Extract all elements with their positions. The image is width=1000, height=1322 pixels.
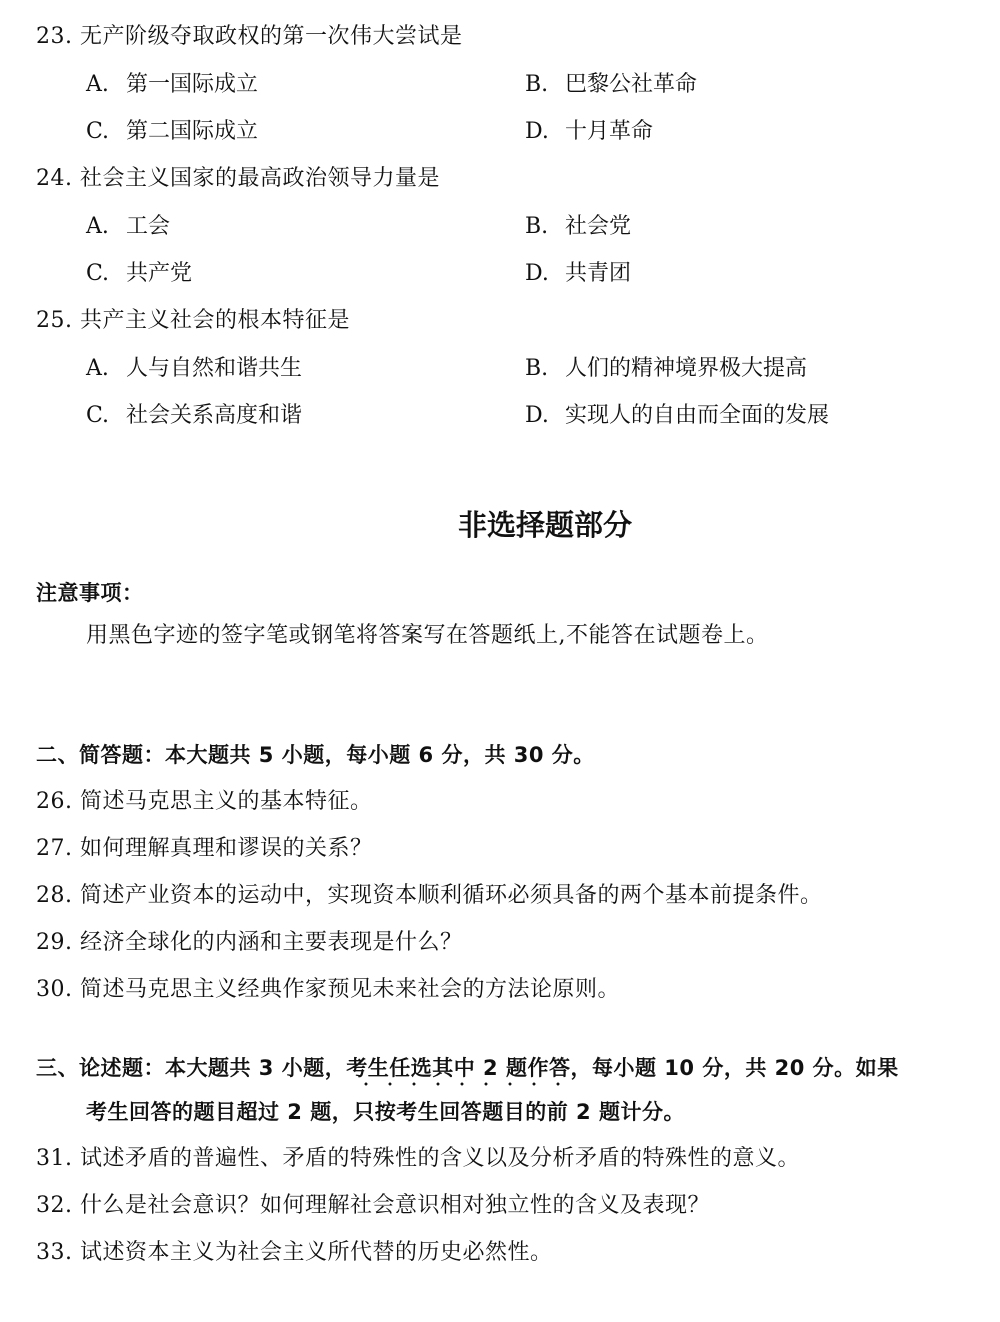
option-a: A.人与自然和谐共生 xyxy=(86,354,302,384)
part-title: 非选择题部分 xyxy=(0,505,1000,545)
option-text: 工会 xyxy=(126,214,170,239)
option-b: B.社会党 xyxy=(525,212,631,242)
option-text: 第一国际成立 xyxy=(126,72,258,97)
option-label: A. xyxy=(86,212,126,242)
section2-heading: 二、简答题：本大题共 5 小题，每小题 6 分，共 30 分。 xyxy=(36,740,595,770)
option-text: 共产党 xyxy=(126,261,192,286)
notice-heading: 注意事项： xyxy=(36,578,144,608)
question-number: 26. xyxy=(36,787,73,817)
question-number: 25. xyxy=(36,306,73,336)
option-d: D.十月革命 xyxy=(525,117,653,147)
option-c: C.第二国际成立 xyxy=(86,117,258,147)
question-number: 27. xyxy=(36,834,73,864)
option-text: 巴黎公社革命 xyxy=(565,72,697,97)
section3-heading-part2: ，每小题 10 分，共 20 分。如果 xyxy=(570,1056,898,1080)
option-label: C. xyxy=(86,259,126,289)
section3-heading-line2: 考生回答的题目超过 2 题，只按考生回答题目的前 2 题计分。 xyxy=(86,1097,685,1127)
option-text: 第二国际成立 xyxy=(126,119,258,144)
question-number: 28. xyxy=(36,881,73,911)
question-24-stem: 24. 社会主义国家的最高政治领导力量是 xyxy=(36,164,440,194)
question-text: 简述产业资本的运动中，实现资本顺利循环必须具备的两个基本前提条件。 xyxy=(80,883,823,908)
option-label: A. xyxy=(86,354,126,384)
option-text: 人们的精神境界极大提高 xyxy=(565,356,807,381)
question-32: 32. 什么是社会意识？如何理解社会意识相对独立性的含义及表现？ xyxy=(36,1191,710,1221)
option-label: B. xyxy=(525,70,565,100)
option-a: A.第一国际成立 xyxy=(86,70,258,100)
option-text: 实现人的自由而全面的发展 xyxy=(565,403,829,428)
section3-heading-part1: 三、论述题：本大题共 3 小题， xyxy=(36,1056,346,1080)
option-c: C.共产党 xyxy=(86,259,192,289)
question-26: 26. 简述马克思主义的基本特征。 xyxy=(36,787,373,817)
option-label: D. xyxy=(525,117,565,147)
option-text: 人与自然和谐共生 xyxy=(126,356,302,381)
section3-heading: 三、论述题：本大题共 3 小题，考生任选其中 2 题作答，每小题 10 分，共 … xyxy=(36,1053,899,1083)
option-text: 十月革命 xyxy=(565,119,653,144)
question-text: 简述马克思主义的基本特征。 xyxy=(80,789,373,814)
option-label: B. xyxy=(525,354,565,384)
option-c: C.社会关系高度和谐 xyxy=(86,401,302,431)
option-text: 社会关系高度和谐 xyxy=(126,403,302,428)
question-29: 29. 经济全球化的内涵和主要表现是什么？ xyxy=(36,928,463,958)
notice-text: 用黑色字迹的签字笔或钢笔将答案写在答题纸上,不能答在试题卷上。 xyxy=(86,621,769,651)
option-label: B. xyxy=(525,212,565,242)
option-label: A. xyxy=(86,70,126,100)
option-label: C. xyxy=(86,117,126,147)
question-number: 33. xyxy=(36,1238,73,1268)
option-b: B.人们的精神境界极大提高 xyxy=(525,354,807,384)
question-23-stem: 23. 无产阶级夺取政权的第一次伟大尝试是 xyxy=(36,22,463,52)
question-number: 24. xyxy=(36,164,73,194)
question-25-stem: 25. 共产主义社会的根本特征是 xyxy=(36,306,350,336)
question-number: 31. xyxy=(36,1144,73,1174)
question-text: 经济全球化的内涵和主要表现是什么？ xyxy=(80,930,463,955)
question-30: 30. 简述马克思主义经典作家预见未来社会的方法论原则。 xyxy=(36,975,620,1005)
question-text: 共产主义社会的根本特征是 xyxy=(80,308,350,333)
question-31: 31. 试述矛盾的普遍性、矛盾的特殊性的含义以及分析矛盾的特殊性的意义。 xyxy=(36,1144,800,1174)
question-28: 28. 简述产业资本的运动中，实现资本顺利循环必须具备的两个基本前提条件。 xyxy=(36,881,823,911)
question-number: 32. xyxy=(36,1191,73,1221)
question-text: 简述马克思主义经典作家预见未来社会的方法论原则。 xyxy=(80,977,620,1002)
question-text: 什么是社会意识？如何理解社会意识相对独立性的含义及表现？ xyxy=(80,1193,710,1218)
question-text: 无产阶级夺取政权的第一次伟大尝试是 xyxy=(80,24,463,49)
section3-heading-emphasis: 考生任选其中 2 题作答 xyxy=(346,1056,570,1080)
option-label: D. xyxy=(525,259,565,289)
question-33: 33. 试述资本主义为社会主义所代替的历史必然性。 xyxy=(36,1238,553,1268)
question-number: 30. xyxy=(36,975,73,1005)
emphasis-dots xyxy=(346,1082,570,1086)
option-text: 共青团 xyxy=(565,261,631,286)
question-text: 试述矛盾的普遍性、矛盾的特殊性的含义以及分析矛盾的特殊性的意义。 xyxy=(80,1146,800,1171)
option-d: D.共青团 xyxy=(525,259,631,289)
question-text: 社会主义国家的最高政治领导力量是 xyxy=(80,166,440,191)
question-number: 29. xyxy=(36,928,73,958)
option-label: D. xyxy=(525,401,565,431)
emphasis-text: 考生任选其中 2 题作答 xyxy=(346,1056,570,1080)
option-d: D.实现人的自由而全面的发展 xyxy=(525,401,829,431)
option-b: B.巴黎公社革命 xyxy=(525,70,697,100)
option-a: A.工会 xyxy=(86,212,170,242)
question-text: 如何理解真理和谬误的关系？ xyxy=(80,836,373,861)
option-text: 社会党 xyxy=(565,214,631,239)
question-number: 23. xyxy=(36,22,73,52)
question-text: 试述资本主义为社会主义所代替的历史必然性。 xyxy=(80,1240,553,1265)
option-label: C. xyxy=(86,401,126,431)
question-27: 27. 如何理解真理和谬误的关系？ xyxy=(36,834,373,864)
